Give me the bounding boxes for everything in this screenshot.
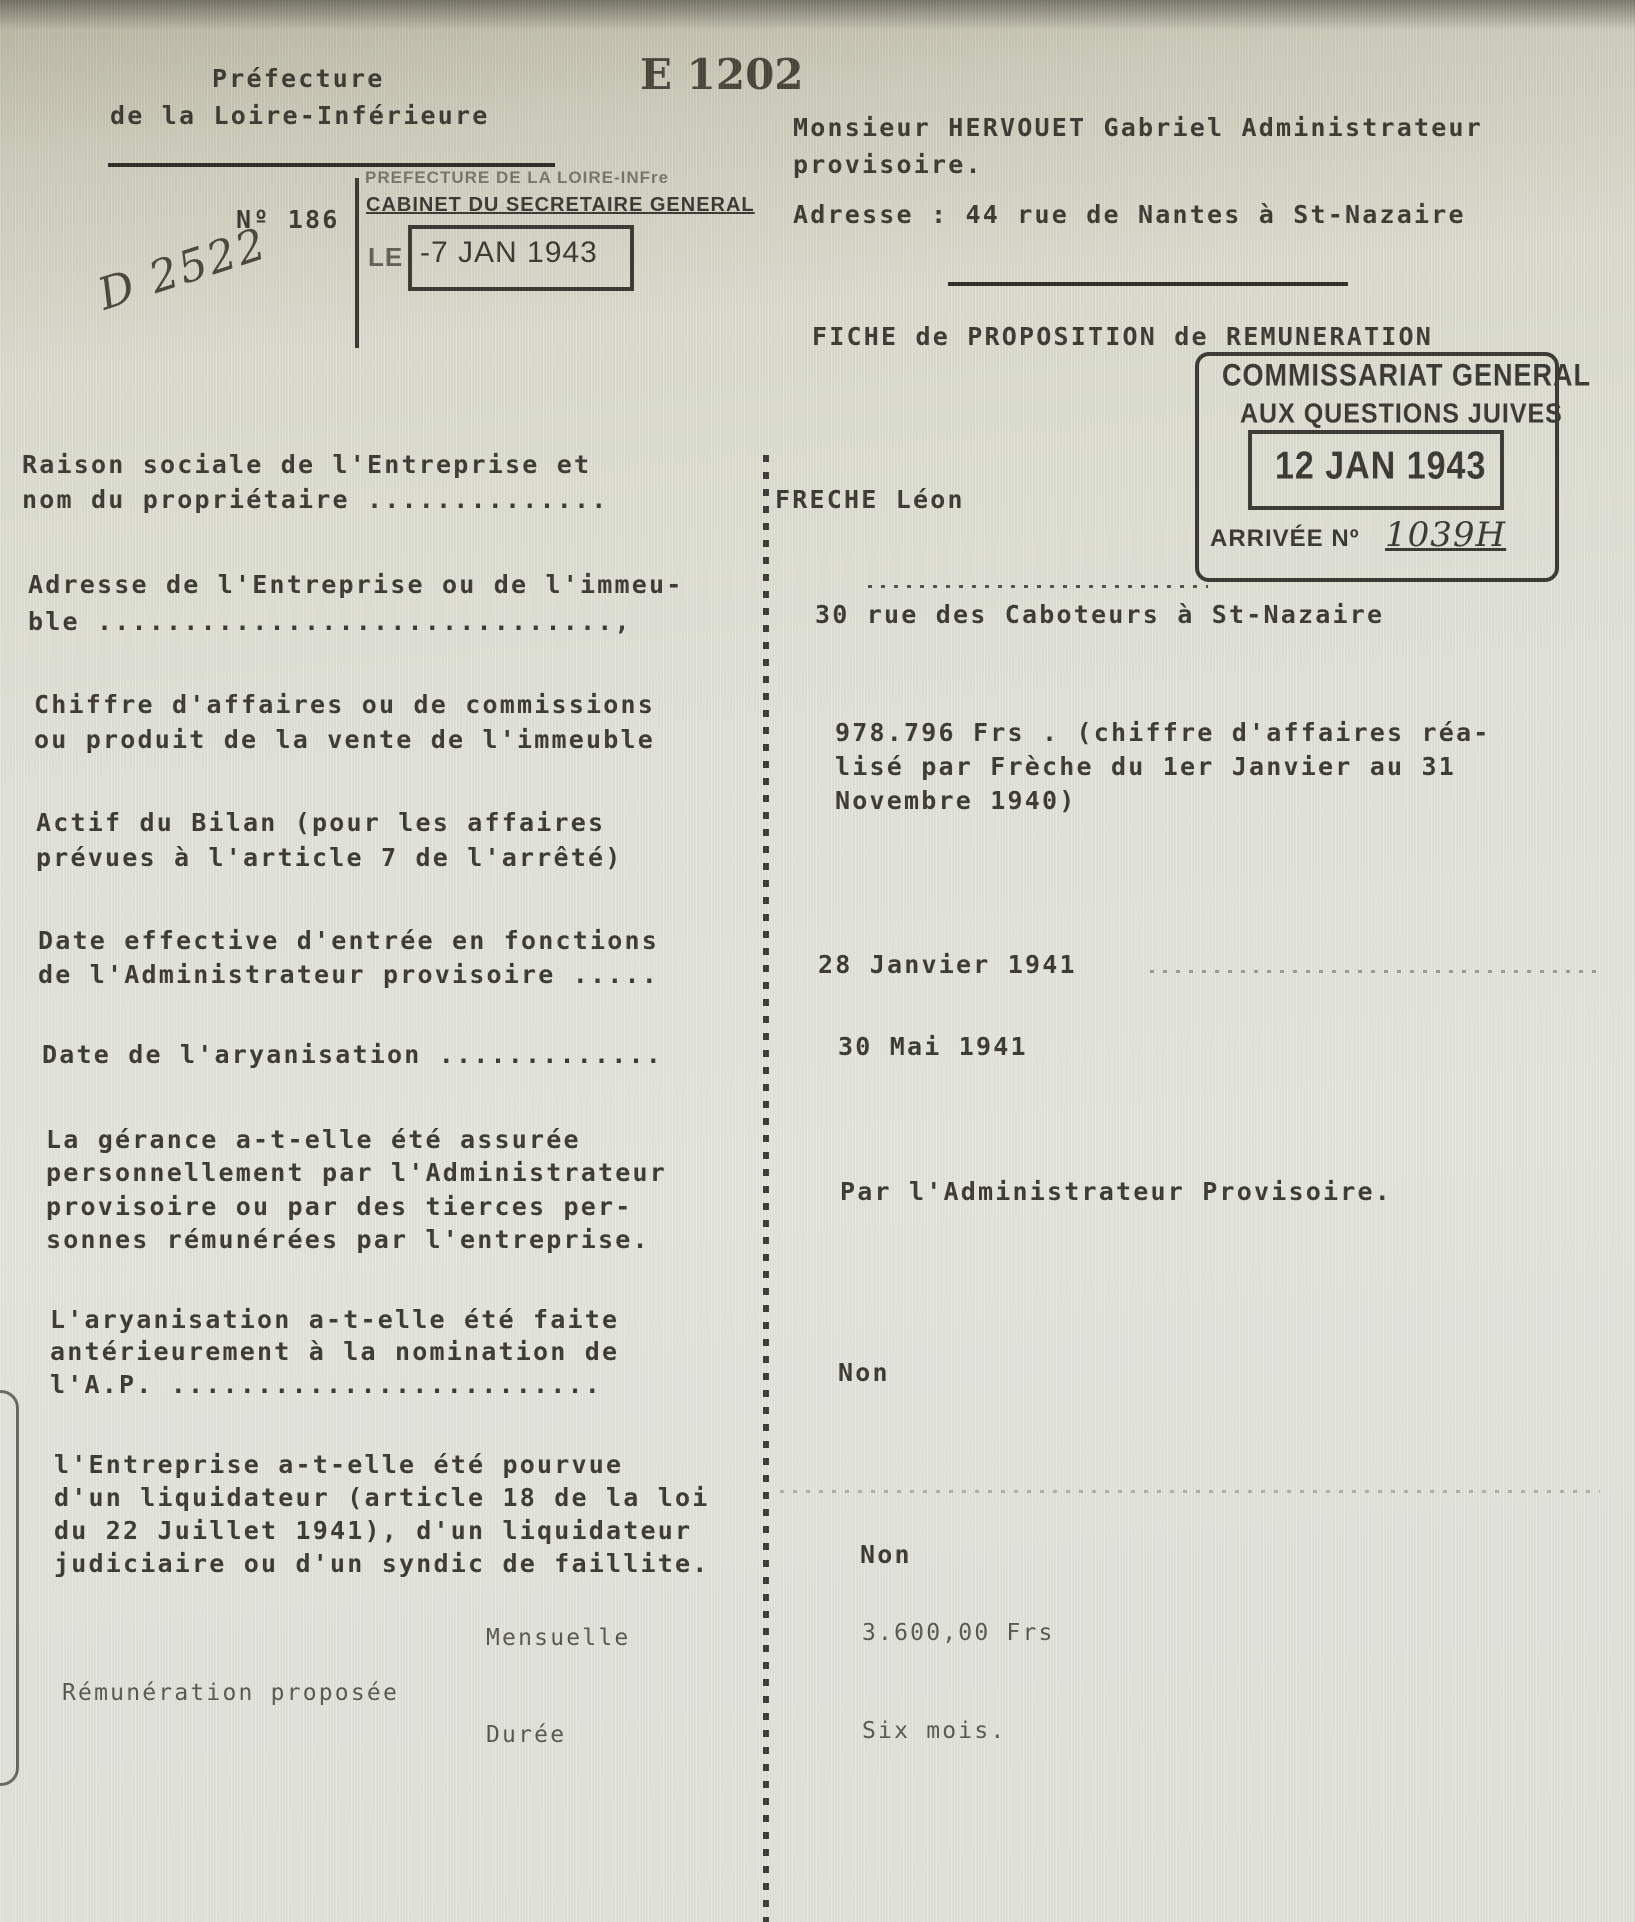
stamp-commissariat-line2: AUX QUESTIONS JUIVES [1240, 399, 1563, 431]
label-aryanisation-anterieure-3: l'A.P. ......................... [50, 1370, 602, 1399]
dotted-leader [868, 585, 1208, 588]
dotted-leader [780, 1490, 1600, 1493]
stamp-commissariat-arrivee-label: ARRIVÉE Nº [1210, 525, 1359, 553]
form-title: FICHE de PROPOSITION de REMUNERATION [812, 322, 1433, 351]
label-remuneration-proposee: Rémunération proposée [62, 1680, 399, 1706]
label-gerance-4: sonnes rémunérées par l'entreprise. [46, 1225, 650, 1254]
stamp-prefecture-date: -7 JAN 1943 [420, 236, 598, 270]
label-date-aryanisation: Date de l'aryanisation ............. [42, 1040, 663, 1069]
label-aryanisation-anterieure-2: antérieurement à la nomination de [50, 1337, 619, 1366]
label-aryanisation-anterieure-1: L'aryanisation a-t-elle été faite [50, 1305, 619, 1334]
column-divider [763, 455, 769, 1922]
stamp-commissariat-line1: COMMISSARIAT GENERAL [1222, 358, 1591, 394]
label-date-entree-2: de l'Administrateur provisoire ..... [38, 960, 659, 989]
label-gerance-1: La gérance a-t-elle été assurée [46, 1125, 581, 1154]
value-mensuelle: 3.600,00 Frs [862, 1620, 1055, 1646]
label-liquidateur-3: du 22 Juillet 1941), d'un liquidateur [54, 1516, 692, 1545]
label-actif-bilan-1: Actif du Bilan (pour les affaires [36, 808, 605, 837]
value-aryanisation-anterieure: Non [838, 1358, 890, 1387]
value-adresse: 30 rue des Caboteurs à St-Nazaire [815, 600, 1384, 629]
label-liquidateur-2: d'un liquidateur (article 18 de la loi [54, 1483, 710, 1512]
prefecture-title: Préfecture [212, 64, 385, 93]
dotted-leader [1150, 970, 1600, 973]
label-chiffre-affaires-1: Chiffre d'affaires ou de commissions [34, 690, 655, 719]
header-rule-left [108, 163, 555, 167]
value-raison-sociale: FRECHE Léon [775, 485, 965, 514]
label-liquidateur-4: judiciaire ou d'un syndic de faillite. [54, 1549, 710, 1578]
stamp-prefecture-prefix: LE [368, 242, 403, 273]
stamp-prefecture-line1: PREFECTURE DE LA LOIRE-INFre [365, 168, 669, 188]
page-top-shadow [0, 0, 1635, 30]
reference-handwritten: E 1202 [640, 50, 804, 99]
header-rule-right [948, 282, 1348, 286]
prefecture-subtitle: de la Loire-Inférieure [110, 101, 490, 130]
stamp-commissariat-date: 12 JAN 1943 [1275, 444, 1486, 489]
value-date-aryanisation: 30 Mai 1941 [838, 1032, 1028, 1061]
value-liquidateur: Non [860, 1540, 912, 1569]
label-duree: Durée [486, 1722, 566, 1748]
label-chiffre-affaires-2: ou produit de la vente de l'immeuble [34, 725, 655, 754]
stamp-commissariat-arrivee-number: 1039H [1385, 515, 1506, 555]
value-chiffre-affaires-2: lisé par Frèche du 1er Janvier au 31 [835, 752, 1456, 781]
stamp-prefecture-line2: CABINET DU SECRETAIRE GENERAL [366, 194, 755, 217]
value-chiffre-affaires-1: 978.796 Frs . (chiffre d'affaires réa- [835, 718, 1491, 747]
label-gerance-3: provisoire ou par des tierces per- [46, 1192, 633, 1221]
label-raison-sociale-1: Raison sociale de l'Entreprise et [22, 450, 591, 479]
value-gerance: Par l'Administrateur Provisoire. [840, 1177, 1392, 1206]
dossier-handwritten: D 2522 [92, 218, 274, 320]
stamp-prefecture-left-border [355, 178, 359, 348]
label-actif-bilan-2: prévues à l'article 7 de l'arrêté) [36, 843, 623, 872]
value-chiffre-affaires-3: Novembre 1940) [835, 786, 1077, 815]
label-mensuelle: Mensuelle [486, 1625, 630, 1651]
label-date-entree-1: Date effective d'entrée en fonctions [38, 926, 659, 955]
label-raison-sociale-2: nom du propriétaire .............. [22, 485, 609, 514]
addressee-line1: Monsieur HERVOUET Gabriel Administrateur [793, 113, 1483, 142]
screen-bezel-left [0, 1390, 19, 1786]
addressee-line2: provisoire. [793, 150, 983, 179]
value-duree: Six mois. [862, 1718, 1006, 1744]
label-adresse-1: Adresse de l'Entreprise ou de l'immeu- [28, 570, 684, 599]
label-gerance-2: personnellement par l'Administrateur [46, 1158, 667, 1187]
label-liquidateur-1: l'Entreprise a-t-elle été pourvue [54, 1450, 623, 1479]
addressee-address: Adresse : 44 rue de Nantes à St-Nazaire [793, 200, 1466, 229]
value-date-entree: 28 Janvier 1941 [818, 950, 1077, 979]
label-adresse-2: ble .............................., [28, 607, 632, 636]
